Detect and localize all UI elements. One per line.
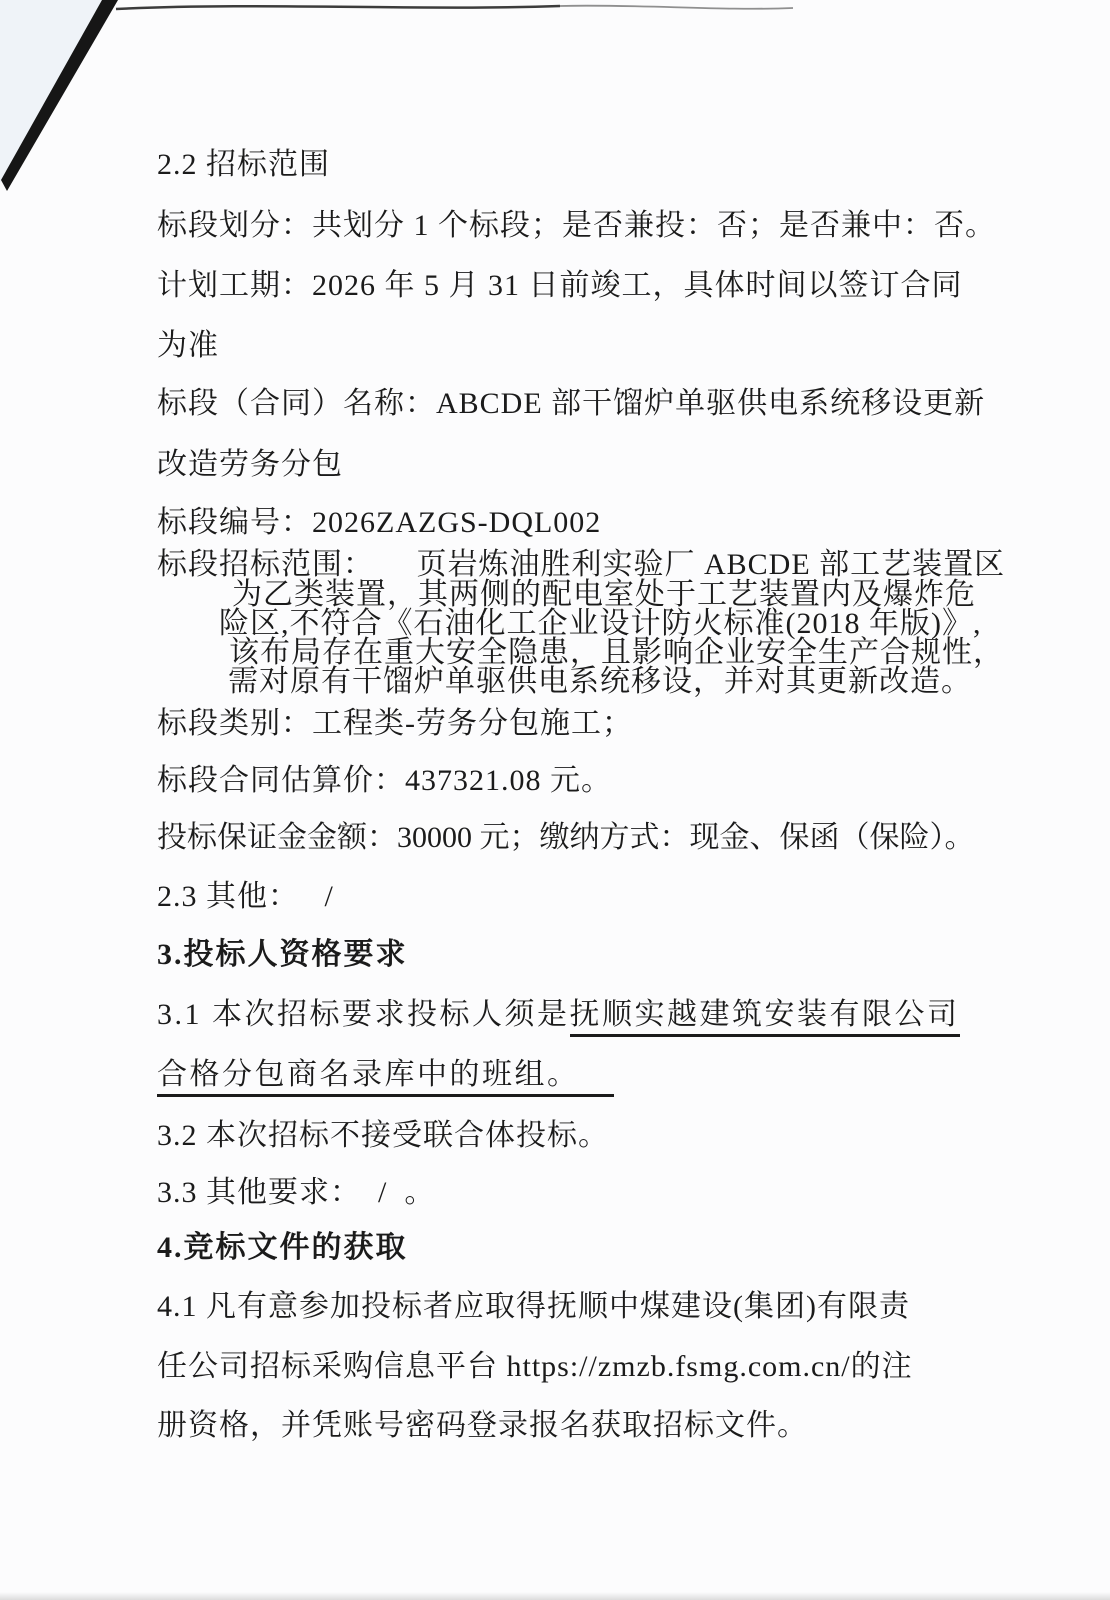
- lot-number-line: 标段编号：2026ZAZGS-DQL002: [157, 504, 601, 542]
- scan-edge-line-dark: [116, 6, 560, 9]
- scanned-tender-document-page: 2.2 招标范围 标段划分：共划分 1 个标段；是否兼投：否；是否兼中：否。 计…: [0, 0, 1110, 1600]
- lot-scope-line-3: 险区,不符合《石油化工企业设计防火标准(2018 年版)》,: [219, 609, 981, 638]
- lot-scope-line-4: 该布局存在重大安全隐患，且影响企业安全生产合规性，: [229, 638, 1004, 667]
- lot-scope-line-5: 需对原有干馏炉单驱供电系统移设，并对其更新改造。: [228, 667, 972, 696]
- section-4-heading: 4.竞标文件的获取: [157, 1229, 408, 1267]
- lot-estimate-price-line: 标段合同估算价：437321.08 元。: [157, 762, 612, 800]
- fold-diagonal-line: [1, 0, 118, 191]
- lot-scope-line-1: 标段招标范围： 页岩炼油胜利实验厂 ABCDE 部工艺装置区: [157, 550, 1005, 579]
- lot-scope-line-2: 为乙类装置，其两侧的配电室处于工艺装置内及爆炸危: [232, 580, 976, 609]
- section-4-1-line-2: 任公司招标采购信息平台 https://zmzb.fsmg.com.cn/的注: [157, 1348, 913, 1386]
- lot-contract-name-line-1: 标段（合同）名称：ABCDE 部干馏炉单驱供电系统移设更新: [157, 385, 985, 423]
- section-3-2-line: 3.2 本次招标不接受联合体投标。: [157, 1117, 609, 1155]
- fold-triangle: [0, 0, 110, 183]
- section-2-3-line: 2.3 其他： /: [157, 878, 334, 916]
- bid-deposit-line: 投标保证金金额：30000 元；缴纳方式：现金、保函（保险）。: [157, 819, 975, 857]
- section-3-1-text: 3.1 本次招标要求投标人须是: [157, 998, 570, 1031]
- section-3-3-line: 3.3 其他要求： / 。: [157, 1174, 435, 1212]
- scan-edge-line-light: [560, 6, 793, 9]
- page-corner-scan-artifact: [0, 0, 820, 210]
- qualified-subcontractor-roster-underlined: 合格分包商名录库中的班组。: [157, 1058, 614, 1097]
- planned-duration-line-2: 为准: [157, 327, 219, 365]
- qualified-company-name-underlined: 抚顺实越建筑安装有限公司: [570, 998, 960, 1037]
- section-2-2-heading: 2.2 招标范围: [157, 146, 330, 184]
- section-4-1-line-3: 册资格，并凭账号密码登录报名获取招标文件。: [157, 1407, 808, 1445]
- section-3-heading: 3.投标人资格要求: [157, 936, 408, 974]
- lot-category-line: 标段类别：工程类-劳务分包施工；: [157, 705, 633, 743]
- planned-duration-line-1: 计划工期：2026 年 5 月 31 日前竣工，具体时间以签订合同: [157, 267, 963, 305]
- section-3-1-line-2: 合格分包商名录库中的班组。: [157, 1056, 614, 1094]
- section-4-1-line-1: 4.1 凡有意参加投标者应取得抚顺中煤建设(集团)有限责: [157, 1288, 910, 1326]
- lot-division-line: 标段划分：共划分 1 个标段；是否兼投：否；是否兼中：否。: [157, 207, 996, 245]
- page-bottom-scan-shadow: [0, 1592, 1110, 1600]
- section-3-1-line-1: 3.1 本次招标要求投标人须是抚顺实越建筑安装有限公司: [157, 996, 960, 1034]
- lot-contract-name-line-2: 改造劳务分包: [157, 446, 343, 484]
